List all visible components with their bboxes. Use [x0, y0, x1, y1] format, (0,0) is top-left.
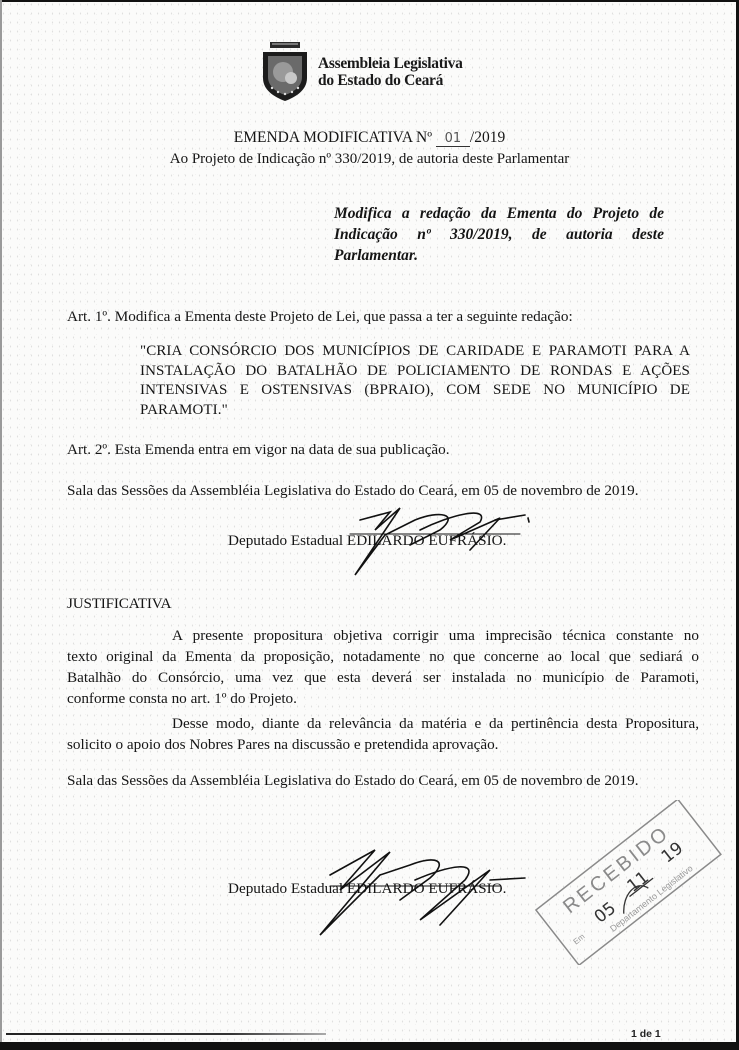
ementa-block: Modifica a redação da Ementa do Projeto … [334, 203, 664, 266]
paragraph-line: texto original da Ementa da proposição, … [67, 646, 699, 667]
quote-line: INTENSIVAS E OSTENSIVAS (BPRAIO), COM SE… [140, 381, 690, 401]
article-2: Art. 2º. Esta Emenda entra em vigor na d… [67, 441, 450, 459]
paragraph-line: conforme consta no art. 1º do Projeto. [67, 688, 699, 709]
scan-border-top [0, 0, 739, 2]
amendment-number: 01 [436, 132, 470, 147]
stamp-prefix: Em [572, 932, 587, 947]
ementa-line: Modifica a redação da Ementa do Projeto … [334, 203, 664, 224]
session-place-date: Sala das Sessões da Assembléia Legislati… [67, 482, 639, 500]
title-suffix: /2019 [470, 129, 505, 146]
justification-heading: JUSTIFICATIVA [67, 595, 171, 613]
quote-line: INSTALAÇÃO DO BATALHÃO DE POLICIAMENTO D… [140, 362, 690, 382]
article-1-quote: "CRIA CONSÓRCIO DOS MUNICÍPIOS DE CARIDA… [140, 342, 690, 420]
paragraph-line: solicito o apoio dos Nobres Pares na dis… [67, 734, 699, 755]
scan-border-bottom [0, 1042, 739, 1050]
quote-line: PARAMOTI." [140, 401, 690, 421]
institution-line-1: Assembleia Legislativa [318, 55, 463, 72]
document-title: EMENDA MODIFICATIVA Nº 01/2019 [0, 129, 739, 147]
paragraph-line: A presente propositura objetiva corrigir… [67, 625, 699, 646]
institution-name: Assembleia Legislativa do Estado do Cear… [318, 55, 463, 89]
ementa-line: Indicação nº 330/2019, de autoria deste [334, 224, 664, 245]
paragraph-line: Batalhão do Consórcio, uma vez que esta … [67, 667, 699, 688]
handwritten-signature-icon [320, 500, 540, 580]
document-subtitle: Ao Projeto de Indicação nº 330/2019, de … [0, 151, 739, 168]
received-stamp: RECEBIDO Em 05 11 19 Departamento Legisl… [520, 800, 735, 965]
paragraph-line: Desse modo, diante da relevância da maté… [67, 713, 699, 734]
ementa-line: Parlamentar. [334, 245, 664, 266]
article-1: Art. 1º. Modifica a Ementa deste Projeto… [67, 308, 573, 326]
justification-paragraph-2: Desse modo, diante da relevância da maté… [67, 713, 699, 755]
institution-line-2: do Estado do Ceará [318, 72, 463, 89]
title-prefix: EMENDA MODIFICATIVA Nº [234, 129, 436, 146]
handwritten-signature-icon [300, 840, 530, 940]
justification-place-date: Sala das Sessões da Assembléia Legislati… [67, 772, 639, 790]
justification-paragraph-1: A presente propositura objetiva corrigir… [67, 625, 699, 709]
quote-line: "CRIA CONSÓRCIO DOS MUNICÍPIOS DE CARIDA… [140, 342, 690, 362]
coat-of-arms-icon [258, 40, 312, 102]
footer-rule [6, 1033, 326, 1035]
page-indicator: 1 de 1 [631, 1028, 661, 1040]
